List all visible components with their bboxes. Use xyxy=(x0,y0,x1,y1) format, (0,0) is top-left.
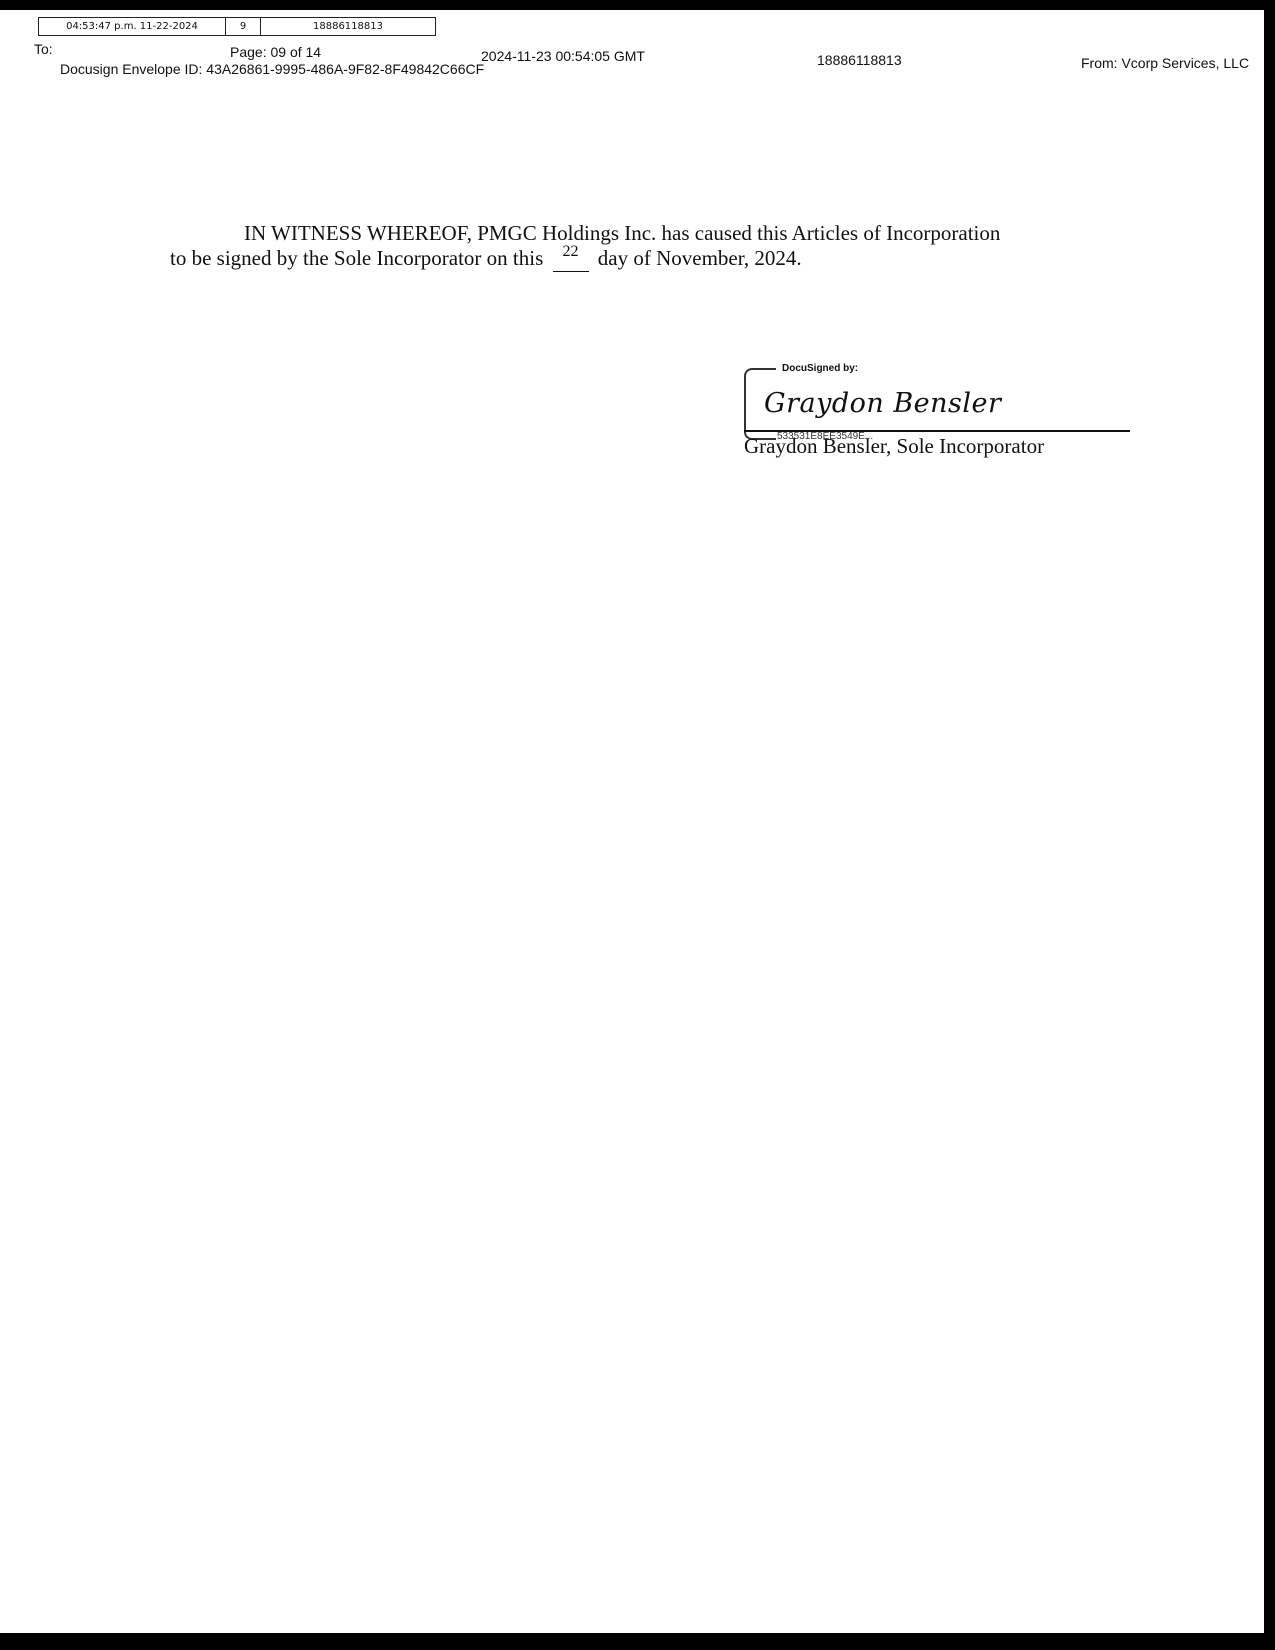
document-page: 04:53:47 p.m. 11-22-2024 9 18886118813 T… xyxy=(0,10,1264,1633)
witness-line-2-end: day of November, 2024. xyxy=(598,246,802,270)
fax-stamp: 04:53:47 p.m. 11-22-2024 9 18886118813 xyxy=(38,17,436,36)
fax-stamp-page: 9 xyxy=(226,18,261,35)
signature-hash: 533531E8EE3549E... xyxy=(777,431,873,442)
witness-line-2: to be signed by the Sole Incorporator on… xyxy=(170,246,802,272)
witness-line-2-start: to be signed by the Sole Incorporator on… xyxy=(170,246,543,270)
fax-stamp-time: 04:53:47 p.m. 11-22-2024 xyxy=(39,18,226,35)
day-value: 22 xyxy=(563,243,579,260)
fax-page-number: Page: 09 of 14 xyxy=(230,44,321,60)
fax-timestamp: 2024-11-23 00:54:05 GMT xyxy=(481,48,645,64)
fax-from: From: Vcorp Services, LLC xyxy=(1081,55,1249,71)
fax-to-label: To: xyxy=(34,41,53,57)
day-blank: 22 xyxy=(553,246,589,272)
docusigned-by-label: DocuSigned by: xyxy=(780,363,860,374)
witness-line-1: IN WITNESS WHEREOF, PMGC Holdings Inc. h… xyxy=(244,221,1000,246)
fax-phone: 18886118813 xyxy=(817,52,902,68)
fax-stamp-phone: 18886118813 xyxy=(261,18,435,35)
handwritten-signature: Graydon Bensler xyxy=(764,388,1001,419)
envelope-id: Docusign Envelope ID: 43A26861-9995-486A… xyxy=(60,61,484,77)
